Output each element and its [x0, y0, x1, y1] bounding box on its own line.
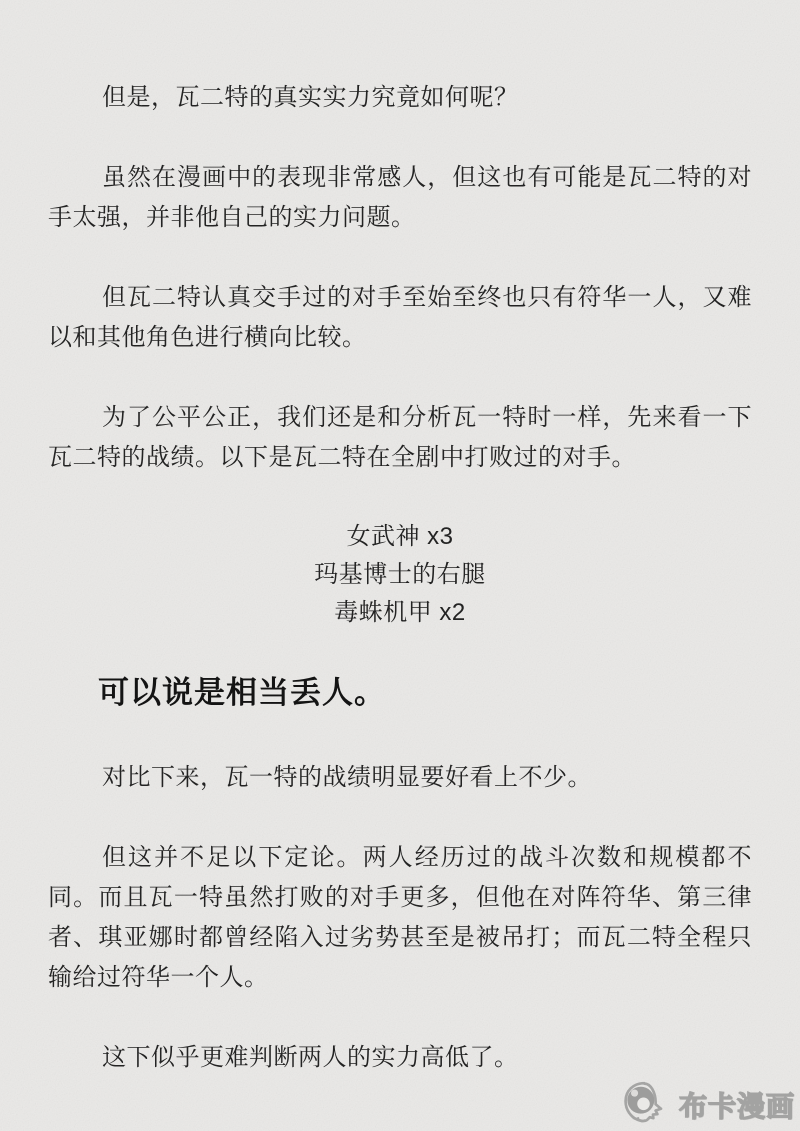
- watermark: 布卡漫画: [622, 1080, 795, 1129]
- list-item: 玛基博士的右腿: [48, 556, 752, 594]
- body-paragraph: 但是，瓦二特的真实实力究竟如何呢？: [48, 78, 752, 118]
- body-paragraph: 这下似乎更难判断两人的实力高低了。: [48, 1038, 752, 1078]
- body-paragraph: 但瓦二特认真交手过的对手至始至终也只有符华一人，又难以和其他角色进行横向比较。: [48, 278, 752, 358]
- article-body: 但是，瓦二特的真实实力究竟如何呢？ 虽然在漫画中的表现非常感人，但这也有可能是瓦…: [0, 0, 800, 1078]
- list-item: 毒蛛机甲 x2: [48, 594, 752, 632]
- watermark-label: 布卡漫画: [679, 1085, 795, 1125]
- list-item: 女武神 x3: [48, 518, 752, 556]
- section-heading: 可以说是相当丢人。: [48, 672, 752, 714]
- buka-mascot-icon: [622, 1080, 674, 1129]
- body-paragraph: 虽然在漫画中的表现非常感人，但这也有可能是瓦二特的对手太强，并非他自己的实力问题…: [48, 158, 752, 238]
- page-background: { "page": { "background_color": "#eae9e7…: [0, 0, 800, 1131]
- defeated-opponents-list: 女武神 x3 玛基博士的右腿 毒蛛机甲 x2: [48, 518, 752, 632]
- body-paragraph: 对比下来，瓦一特的战绩明显要好看上不少。: [48, 758, 752, 798]
- body-paragraph: 但这并不足以下定论。两人经历过的战斗次数和规模都不同。而且瓦一特虽然打败的对手更…: [48, 838, 752, 998]
- body-paragraph: 为了公平公正，我们还是和分析瓦一特时一样，先来看一下瓦二特的战绩。以下是瓦二特在…: [48, 398, 752, 478]
